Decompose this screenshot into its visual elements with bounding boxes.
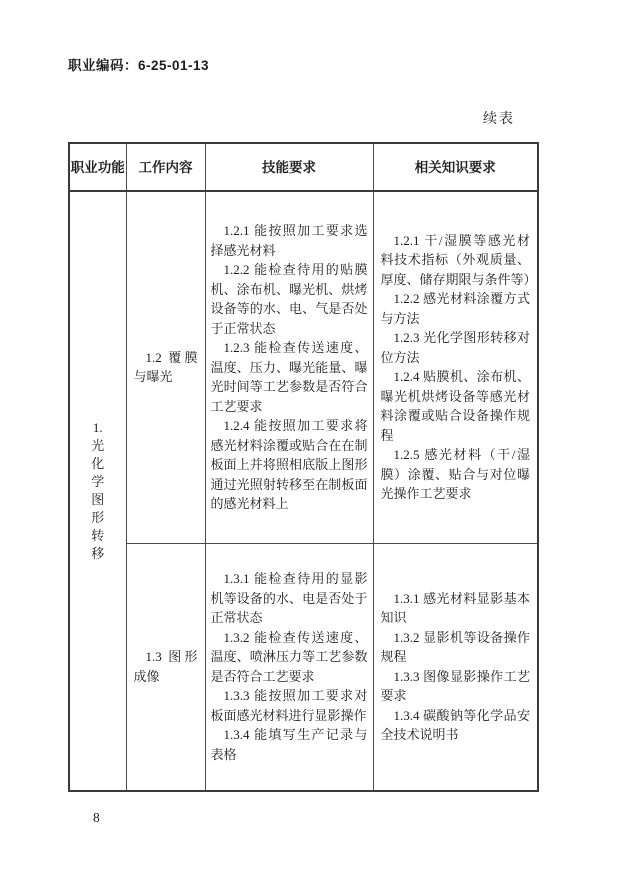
list-item: 1.2.4 能按照加工要求将感光材料涂覆或贴合在在制板面上并将照相底版上图形通过… (211, 416, 368, 514)
knowledge-cell: 1.2.1 干/湿膜等感光材料技术指标（外观质量、厚度、储存期限与条件等）1.2… (373, 191, 538, 543)
list-item: 1.3.3 能按照加工要求对板面感光材料进行显影操作 (211, 686, 368, 725)
list-item: 1.2.1 干/湿膜等感光材料技术指标（外观质量、厚度、储存期限与条件等） (381, 231, 531, 290)
occupation-standard-table: 职业功能 工作内容 技能要求 相关知识要求 1. 光化学图形转移 1.2 覆膜与… (68, 142, 539, 792)
column-header-skill-requirements: 技能要求 (205, 143, 373, 191)
table-row: 1. 光化学图形转移 1.2 覆膜与曝光 1.2.1 能按照加工要求选择感光材料… (69, 191, 538, 543)
column-header-related-knowledge: 相关知识要求 (373, 143, 538, 191)
list-item: 1.3.4 能填写生产记录与表格 (211, 725, 368, 764)
list-item: 1.3.2 能检查传送速度、温度、喷淋压力等工艺参数是否符合工艺要求 (211, 628, 368, 687)
continued-table-label: 续表 (68, 108, 537, 128)
page-number: 8 (93, 810, 100, 826)
work-content-text: 1.3 图形成像 (127, 647, 205, 686)
list-item: 1.3.1 感光材料显影基本知识 (381, 589, 531, 628)
function-vertical-text: 1. 光化学图形转移 (90, 419, 105, 563)
knowledge-list: 1.2.1 干/湿膜等感光材料技术指标（外观质量、厚度、储存期限与条件等）1.2… (374, 231, 538, 504)
table-header-row: 职业功能 工作内容 技能要求 相关知识要求 (69, 143, 538, 191)
skills-list: 1.2.1 能按照加工要求选择感光材料1.2.2 能检查待用的贴膜机、涂布机、曝… (206, 221, 373, 514)
work-content-text: 1.2 覆膜与曝光 (127, 348, 205, 387)
column-header-occupational-function: 职业功能 (69, 143, 126, 191)
column-header-work-content: 工作内容 (126, 143, 205, 191)
list-item: 1.2.3 光化学图形转移对位方法 (381, 328, 531, 367)
knowledge-list: 1.3.1 感光材料显影基本知识1.3.2 显影机等设备操作规程1.3.3 图像… (374, 589, 538, 745)
list-item: 1.3.4 碳酸钠等化学品安全技术说明书 (381, 706, 531, 745)
function-cell: 1. 光化学图形转移 (69, 191, 126, 791)
list-item: 1.2.2 感光材料涂覆方式与方法 (381, 289, 531, 328)
skills-cell: 1.2.1 能按照加工要求选择感光材料1.2.2 能检查待用的贴膜机、涂布机、曝… (205, 191, 373, 543)
list-item: 1.2.1 能按照加工要求选择感光材料 (211, 221, 368, 260)
document-page: { "page": { "occupation_code": "职业编码：6-2… (0, 0, 630, 883)
knowledge-cell: 1.3.1 感光材料显影基本知识1.3.2 显影机等设备操作规程1.3.3 图像… (373, 543, 538, 791)
list-item: 1.3.3 图像显影操作工艺要求 (381, 667, 531, 706)
occupation-code-label: 职业编码：6-25-01-13 (68, 54, 209, 74)
list-item: 1.2.3 能检查传送速度、温度、压力、曝光能量、曝光时间等工艺参数是否符合工艺… (211, 338, 368, 416)
list-item: 1.3.2 显影机等设备操作规程 (381, 628, 531, 667)
list-item: 1.2.4 贴膜机、涂布机、曝光机烘烤设备等感光材料涂覆或贴合设备操作规程 (381, 367, 531, 445)
list-item: 1.2.5 感光材料（干/湿膜）涂覆、贴合与对位曝光操作工艺要求 (381, 445, 531, 504)
list-item: 1.2.2 能检查待用的贴膜机、涂布机、曝光机、烘烤设备等的水、电、气是否处于正… (211, 260, 368, 338)
skills-list: 1.3.1 能检查待用的显影机等设备的水、电是否处于正常状态1.3.2 能检查传… (206, 569, 373, 764)
skills-cell: 1.3.1 能检查待用的显影机等设备的水、电是否处于正常状态1.3.2 能检查传… (205, 543, 373, 791)
table-row: 1.3 图形成像 1.3.1 能检查待用的显影机等设备的水、电是否处于正常状态1… (69, 543, 538, 791)
function-number: 1. (90, 419, 105, 437)
work-content-cell: 1.3 图形成像 (126, 543, 205, 791)
function-name: 光化学图形转移 (90, 437, 105, 563)
list-item: 1.3.1 能检查待用的显影机等设备的水、电是否处于正常状态 (211, 569, 368, 628)
work-content-cell: 1.2 覆膜与曝光 (126, 191, 205, 543)
